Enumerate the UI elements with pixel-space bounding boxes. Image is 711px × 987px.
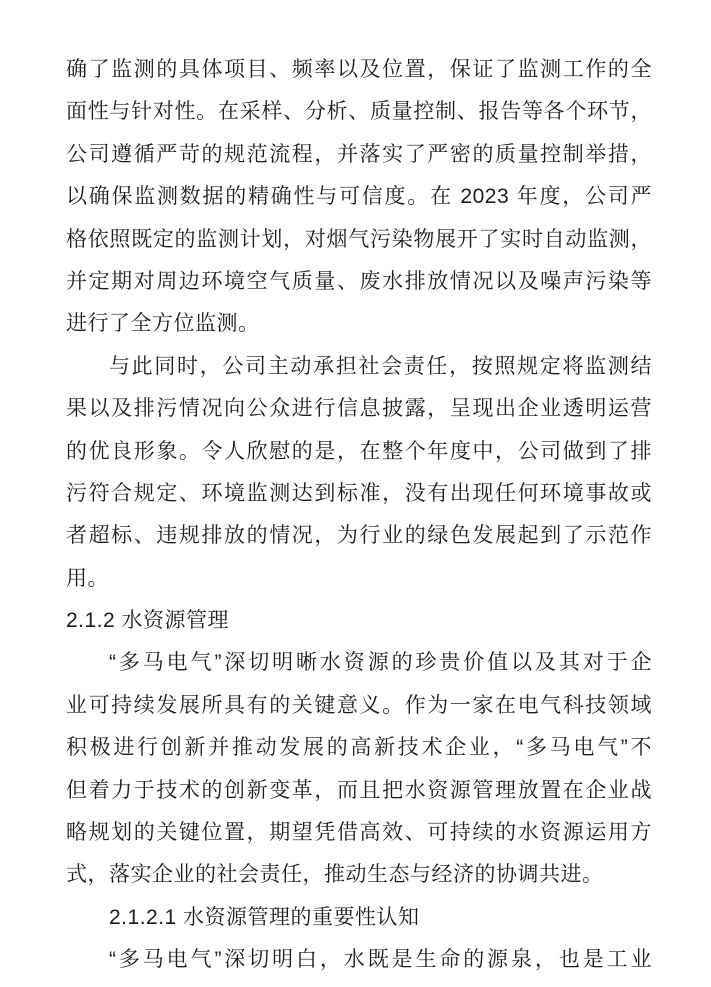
text-line: 果以及排污情况向公众进行信息披露，呈现出企业透明运营 <box>66 388 652 430</box>
section-heading: 2.1.2 水资源管理 <box>66 600 652 642</box>
text-line: 与此同时，公司主动承担社会责任，按照规定将监测结 <box>66 346 652 388</box>
text-line: 用。 <box>66 558 652 600</box>
subsection-heading: 2.1.2.1 水资源管理的重要性认知 <box>66 897 652 939</box>
text-line: 业可持续发展所具有的关键意义。作为一家在电气科技领域 <box>66 685 652 727</box>
text-line: “多马电气”深切明白，水既是生命的源泉，也是工业 <box>66 939 652 981</box>
text-line: 者超标、违规排放的情况，为行业的绿色发展起到了示范作 <box>66 515 652 557</box>
document-page: 确了监测的具体项目、频率以及位置，保证了监测工作的全 面性与针对性。在采样、分析… <box>0 0 711 987</box>
text-line: 污符合规定、环境监测达到标准，没有出现任何环境事故或 <box>66 473 652 515</box>
text-line: 公司遵循严苛的规范流程，并落实了严密的质量控制举措， <box>66 134 652 176</box>
text-line: 的优良形象。令人欣慰的是，在整个年度中，公司做到了排 <box>66 431 652 473</box>
text-line: 确了监测的具体项目、频率以及位置，保证了监测工作的全 <box>66 49 652 91</box>
text-line: 略规划的关键位置，期望凭借高效、可持续的水资源运用方 <box>66 812 652 854</box>
text-line: 面性与针对性。在采样、分析、质量控制、报告等各个环节， <box>66 91 652 133</box>
text-line: 式，落实企业的社会责任，推动生态与经济的协调共进。 <box>66 854 652 896</box>
text-line: 进行了全方位监测。 <box>66 303 652 345</box>
text-line: 以确保监测数据的精确性与可信度。在 2023 年度，公司严 <box>66 176 652 218</box>
text-line: 格依照既定的监测计划，对烟气污染物展开了实时自动监测， <box>66 219 652 261</box>
text-line: 积极进行创新并推动发展的高新技术企业，“多马电气”不 <box>66 727 652 769</box>
text-line: 并定期对周边环境空气质量、废水排放情况以及噪声污染等 <box>66 261 652 303</box>
text-line: “多马电气”深切明晰水资源的珍贵价值以及其对于企 <box>66 642 652 684</box>
text-line: 但着力于技术的创新变革，而且把水资源管理放置在企业战 <box>66 770 652 812</box>
